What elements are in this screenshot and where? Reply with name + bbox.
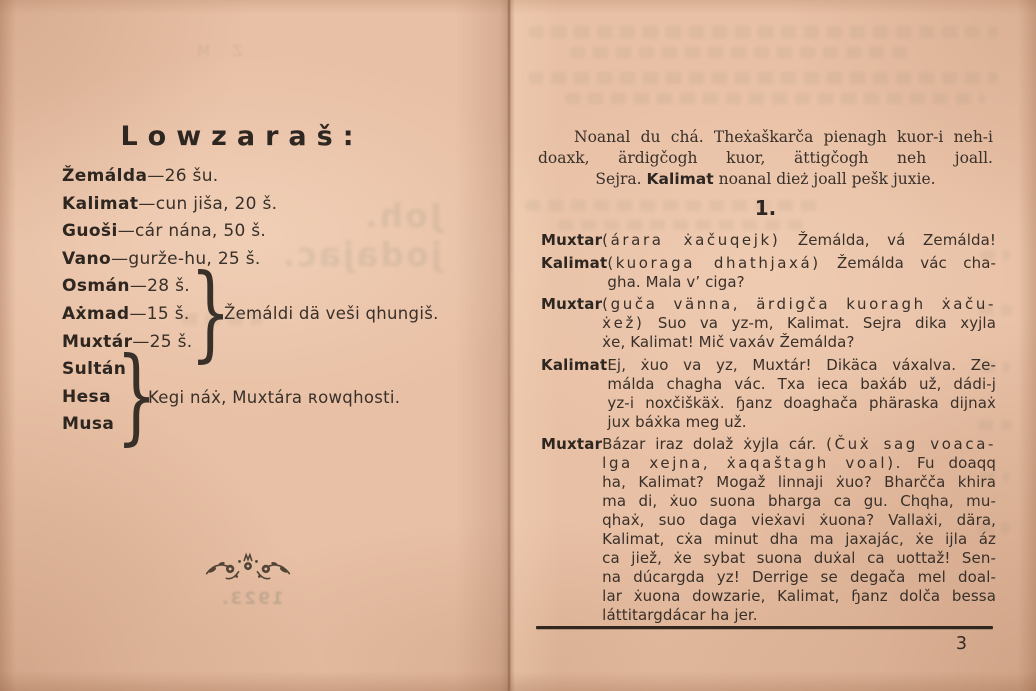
dialogue-speaker: Kalimat (541, 356, 607, 432)
speech-text: Kalimat, cẋa minut dha ma jaxajác, ẋe ij… (602, 530, 996, 548)
bleedthrough-stripe (528, 26, 998, 38)
cast-name: Vano (62, 249, 111, 269)
speech-text: láttitargdácar ha jer. (602, 606, 758, 624)
dialogue: Muxtar(árara ẋačuqejk) Žemálda, vá Zemál… (541, 231, 996, 629)
stage-direction-inline: (árara ẋačuqejk) (602, 231, 780, 249)
bleedthrough-stripe (570, 47, 910, 58)
cast-row: Osmán—28 š. (62, 273, 277, 301)
dialogue-speech: (guča vänna, ärdigča kuoragh ẋaču-ẋež) S… (602, 295, 996, 352)
speech-text: ma di, ẋuo suona bharga ca gu. Chqha, mu… (602, 492, 996, 510)
dialogue-line: ẋež) Suo va yz-m, Kalimat. Sejra dika xy… (602, 314, 996, 333)
cast-desc: —cár nána, 50 š. (118, 221, 266, 241)
dialogue-line: gha. Mala v’ ciga? (607, 273, 996, 292)
cast-desc: —gurže-hu, 25 š. (111, 249, 261, 269)
stage-direction-inline: ẋež) (602, 314, 644, 332)
dialogue-line: lar ẋuona dowzarie, Kalimat, ɧanz dolča … (602, 587, 996, 606)
dialogue-line: ca jiež, ẋe sybat suona duẋal ca uottaž!… (602, 549, 996, 568)
dialogue-speech: Bázar iraz dolaž ẋyjla cár. (Čuẋ sag voa… (602, 435, 996, 625)
dialogue-entry: KalimatEj, ẋuo va yz, Muxtár! Dikäca váx… (541, 356, 996, 432)
dialogue-line: jux báẋka meg už. (607, 413, 996, 432)
cast-desc: —15 š. (129, 304, 189, 324)
dialogue-line: láttitargdácar ha jer. (602, 606, 996, 625)
cast-name: Musa (62, 414, 114, 434)
speech-text: na dúcargda yz! Derrige se degača mel do… (602, 568, 996, 586)
scene-setting-line: Sejra. Kalimat noanal dież joall pešk ju… (538, 170, 993, 188)
dialogue-line: ha, Kalimat? Mogaž linnaji ẋuo? Bharčča … (602, 473, 996, 492)
bleedthrough-stamp: Z M (188, 42, 243, 60)
cast-name: Hesa (62, 387, 111, 407)
stage-direction-line: Noanal du chá. Theẋaškarča pienagh kuor-… (538, 127, 993, 148)
stage-direction-inline: (Čuẋ sag voaca- (826, 435, 996, 453)
left-page: Z M Lowzaraš: Joh. jodajac. Žemálda—26 š… (0, 0, 510, 691)
dialogue-line: ma di, ẋuo suona bharga ca gu. Chqha, mu… (602, 492, 996, 511)
dialogue-speech: (árara ẋačuqejk) Žemálda, vá Zemálda! (602, 231, 996, 250)
speech-text: Suo va yz-m, Kalimat. Sejra dika xyjla (644, 314, 996, 332)
speech-text: ẋe, Kalimat! Mič vaxáv Žemálda? (602, 333, 854, 351)
stage-direction-inline: (guča vänna, ärdigča kuoragh ẋaču- (602, 295, 996, 313)
speech-text: Fu doaqq (903, 454, 996, 472)
dialogue-speaker: Muxtar (541, 435, 602, 625)
cast-row: Kalimat—cun jiša, 20 š. (62, 191, 277, 219)
dialogue-speech: (kuoraga dhathjaxá) Žemálda vác cha-gha.… (607, 254, 996, 292)
dialogue-entry: Muxtar(árara ẋačuqejk) Žemálda, vá Zemál… (541, 231, 996, 250)
dialogue-line: (kuoraga dhathjaxá) Žemálda vác cha- (607, 254, 996, 273)
cast-group-note: Kegi náẋ, Muxtára ʀowqhosti. (148, 388, 400, 407)
speech-text: Bázar iraz dolaž ẋyjla cár. (602, 435, 826, 453)
scene-setting-post: noanal dież joall pešk juxie. (714, 170, 936, 188)
speech-text: ha, Kalimat? Mogaž linnaji ẋuo? Bharčča … (602, 473, 996, 491)
dialogue-speech: Ej, ẋuo va yz, Muxtár! Dikäca váxalva. Z… (607, 356, 996, 432)
dialogue-line: málda chagha vác. Txa ieca baẋáb už, dád… (607, 375, 996, 394)
stage-direction: Noanal du chá. Theẋaškarča pienagh kuor-… (538, 127, 993, 168)
dialogue-line: (guča vänna, ärdigča kuoragh ẋaču- (602, 295, 996, 314)
dialogue-line: qhaẋ, suo daga vieẋavi ẋuona? Vallaẋi, d… (602, 511, 996, 530)
stage-direction-line: doaxk, ärdigčogh kuor, ättigčogh neh joa… (538, 148, 993, 169)
right-page: Noanal du chá. Theẋaškarča pienagh kuor-… (510, 0, 1036, 691)
cast-row: Guoši—cár nána, 50 š. (62, 218, 277, 246)
scene-setting-character: Kalimat (647, 170, 714, 188)
speech-text: málda chagha vác. Txa ieca baẋáb už, dád… (607, 375, 996, 393)
dialogue-line: (árara ẋačuqejk) Žemálda, vá Zemálda! (602, 231, 996, 250)
speech-text: yz-i noxčiškäẋ. ɧanz doaghača phäraska d… (607, 394, 996, 412)
dialogue-line: yz-i noxčiškäẋ. ɧanz doaghača phäraska d… (607, 394, 996, 413)
dialogue-line: lga xejna, ẋaqaštagh voal). Fu doaqq (602, 454, 996, 473)
bleedthrough-stripe (528, 72, 998, 84)
scene-setting-pre: Sejra. (595, 170, 646, 188)
stage-direction-inline: lga xejna, ẋaqaštagh voal). (602, 454, 903, 472)
dialogue-entry: Kalimat(kuoraga dhathjaxá) Žemálda vác c… (541, 254, 996, 292)
cast-row: Žemálda—26 šu. (62, 163, 277, 191)
cast-name: Osmán (62, 276, 130, 296)
cast-row: Musa (62, 411, 277, 439)
dialogue-line: Kalimat, cẋa minut dha ma jaxajác, ẋe ij… (602, 530, 996, 549)
bleedthrough-stripe (558, 220, 808, 230)
footer-rule (536, 626, 993, 629)
cast-name: Guoši (62, 221, 118, 241)
cast-row: Sultán (62, 356, 277, 384)
speech-text: gha. Mala v’ ciga? (607, 273, 744, 291)
cast-name: Kalimat (62, 194, 138, 214)
cast-row: Muxtár—25 š. (62, 329, 277, 357)
scene-number-heading: 1. (538, 196, 993, 220)
dialogue-line: na dúcargda yz! Derrige se degača mel do… (602, 568, 996, 587)
dialogue-line: Ej, ẋuo va yz, Muxtár! Dikäca váxalva. Z… (607, 356, 996, 375)
cast-desc: —cun jiša, 20 š. (138, 194, 277, 214)
dialogue-speaker: Kalimat (541, 254, 607, 292)
dialogue-speaker: Muxtar (541, 295, 602, 352)
cast-desc: —28 š. (130, 276, 190, 296)
speech-text: Žemálda vác cha- (821, 254, 996, 272)
bleedthrough-year: 1923. (220, 589, 284, 609)
dialogue-entry: Muxtar(guča vänna, ärdigča kuoragh ẋaču-… (541, 295, 996, 352)
dialogue-line: ẋe, Kalimat! Mič vaxáv Žemálda? (602, 333, 996, 352)
speech-text: jux báẋka meg už. (607, 413, 746, 431)
bleedthrough-stripe (182, 313, 262, 325)
cast-list-title: Lowzaraš: (0, 121, 510, 152)
book-spread-scan: Z M Lowzaraš: Joh. jodajac. Žemálda—26 š… (0, 0, 1036, 691)
dialogue-line: Bázar iraz dolaž ẋyjla cár. (Čuẋ sag voa… (602, 435, 996, 454)
cast-name: Aẋmad (62, 304, 129, 324)
dialogue-entry: MuxtarBázar iraz dolaž ẋyjla cár. (Čuẋ s… (541, 435, 996, 625)
page-number: 3 (536, 634, 993, 654)
bleedthrough-stripe (565, 93, 985, 104)
speech-text: qhaẋ, suo daga vieẋavi ẋuona? Vallaẋi, d… (602, 511, 996, 529)
speech-text: Žemálda, vá Zemálda! (780, 231, 996, 249)
speech-text: Ej, ẋuo va yz, Muxtár! Dikäca váxalva. Z… (607, 356, 996, 374)
stage-direction-inline: (kuoraga dhathjaxá) (607, 254, 820, 272)
speech-text: ca jiež, ẋe sybat suona duẋal ca uottaž!… (602, 549, 996, 567)
cast-row: Vano—gurže-hu, 25 š. (62, 246, 277, 274)
floral-ornament-icon (201, 551, 295, 589)
cast-desc: —26 šu. (147, 166, 218, 186)
speech-text: lar ẋuona dowzarie, Kalimat, ɧanz dolča … (602, 587, 996, 605)
dialogue-speaker: Muxtar (541, 231, 602, 250)
cast-name: Žemálda (62, 166, 147, 186)
